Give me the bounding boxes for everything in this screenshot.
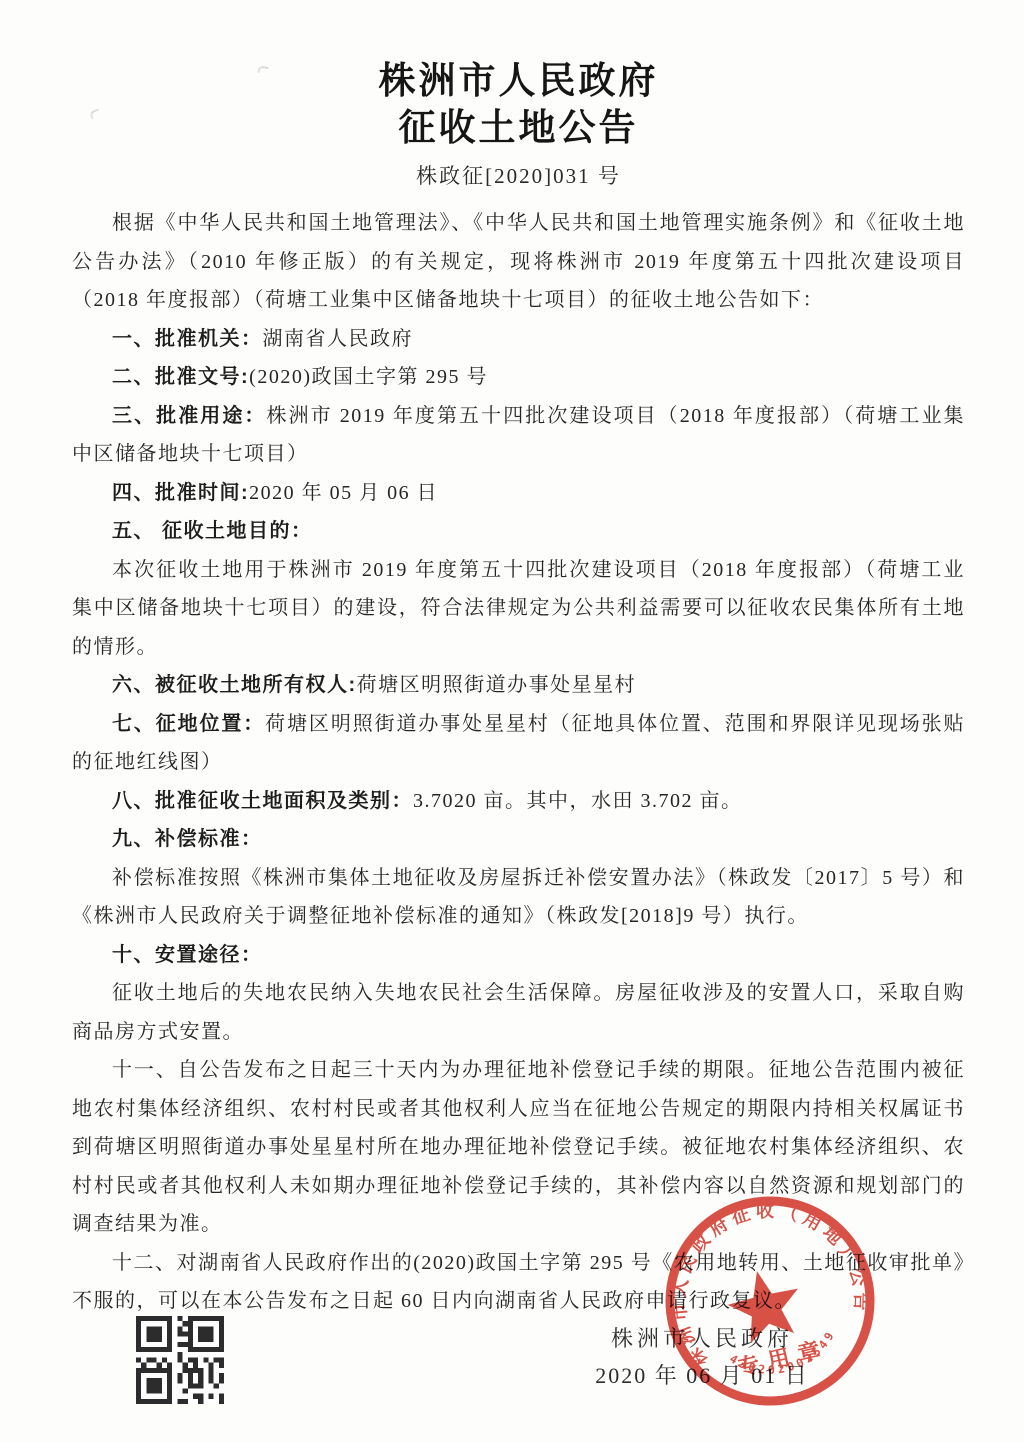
document-number: 株政征[2020]031 号 — [72, 160, 965, 190]
item-resettlement-approach: 十、安置途径： — [72, 936, 965, 975]
item-8-label: 八、批准征收土地面积及类别： — [112, 790, 413, 812]
item-4-label: 四、批准时间: — [112, 482, 249, 504]
qr-code — [136, 1316, 224, 1404]
paragraph-resettlement: 征收土地后的失地农民纳入失地农民社会生活保障。房屋征收涉及的安置人口，采取自购商… — [72, 974, 965, 1051]
item-approving-authority: 一、批准机关：湖南省人民政府 — [72, 320, 965, 359]
paragraph-purpose: 本次征收土地用于株洲市 2019 年度第五十四批次建设项目（2018 年度报部）… — [72, 551, 965, 667]
item-3-label: 三、批准用途： — [112, 405, 267, 427]
page-title-line2: 征收土地公告 — [72, 105, 965, 152]
item-approved-use: 三、批准用途：株洲市 2019 年度第五十四批次建设项目（2018 年度报部）（… — [72, 397, 965, 474]
item-land-owner: 六、被征收土地所有权人:荷塘区明照街道办事处星星村 — [72, 666, 965, 705]
item-2-label: 二、批准文号: — [112, 366, 249, 388]
item-9-label: 九、补偿标准： — [112, 828, 263, 850]
intro-text: 根据《中华人民共和国土地管理法》、《中华人民共和国土地管理实施条例》和《征收土地… — [72, 212, 965, 311]
item-5-label: 五、 征收土地目的： — [112, 520, 313, 542]
item-8-value: 3.7020 亩。其中，水田 3.702 亩。 — [413, 790, 743, 812]
item-compensation-standard: 九、补偿标准： — [72, 820, 965, 859]
item-6-label: 六、被征收土地所有权人: — [112, 674, 357, 696]
item-1-label: 一、批准机关： — [112, 328, 263, 350]
document-page: 株洲市人民政府 征收土地公告 株政征[2020]031 号 根据《中华人民共和国… — [0, 0, 1024, 1442]
document-content: 株洲市人民政府 征收土地公告 株政征[2020]031 号 根据《中华人民共和国… — [72, 58, 965, 1321]
seal-arc-text: 株洲市人民政府征收（用地）公告 — [647, 1179, 880, 1374]
document-body: 根据《中华人民共和国土地管理法》、《中华人民共和国土地管理实施条例》和《征收土地… — [72, 204, 965, 1321]
purpose-text: 本次征收土地用于株洲市 2019 年度第五十四批次建设项目（2018 年度报部）… — [72, 559, 965, 658]
item-4-value: 2020 年 05 月 06 日 — [249, 482, 438, 504]
item-land-area: 八、批准征收土地面积及类别：3.7020 亩。其中，水田 3.702 亩。 — [72, 782, 965, 821]
compensation-text: 补偿标准按照《株洲市集体土地征收及房屋拆迁补偿安置办法》（株政发〔2017〕5 … — [72, 867, 965, 928]
item-7-label: 七、征地位置： — [112, 713, 265, 735]
item-10-label: 十、安置途径： — [112, 944, 263, 966]
item-land-location: 七、征地位置：荷塘区明照街道办事处星星村（征地具体位置、范围和界限详见现场张贴的… — [72, 705, 965, 782]
item-expropriation-purpose: 五、 征收土地目的： — [72, 512, 965, 551]
seal-star-icon — [722, 1263, 808, 1346]
page-title-line1: 株洲市人民政府 — [72, 58, 965, 105]
paragraph-compensation: 补偿标准按照《株洲市集体土地征收及房屋拆迁补偿安置办法》（株政发〔2017〕5 … — [72, 859, 965, 936]
item-2-value: (2020)政国土字第 295 号 — [249, 366, 488, 388]
resettlement-text: 征收土地后的失地农民纳入失地农民社会生活保障。房屋征收涉及的安置人口，采取自购商… — [72, 982, 965, 1043]
item-approval-date: 四、批准时间:2020 年 05 月 06 日 — [72, 474, 965, 513]
item-approval-number: 二、批准文号:(2020)政国土字第 295 号 — [72, 358, 965, 397]
item-1-value: 湖南省人民政府 — [263, 328, 414, 350]
item-6-value: 荷塘区明照街道办事处星星村 — [357, 674, 637, 696]
paragraph-intro: 根据《中华人民共和国土地管理法》、《中华人民共和国土地管理实施条例》和《征收土地… — [72, 204, 965, 320]
